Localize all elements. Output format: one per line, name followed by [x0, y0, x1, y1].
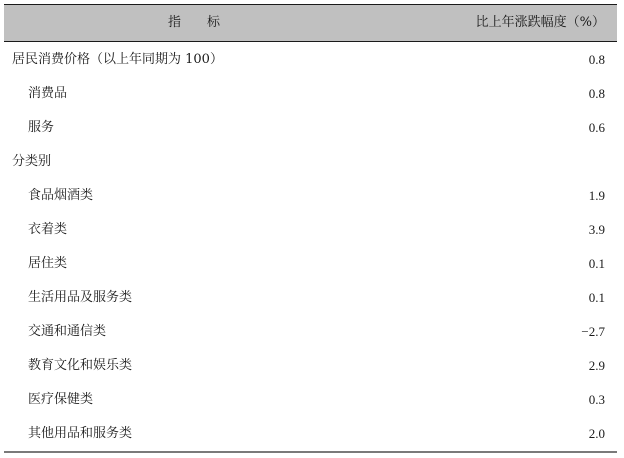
column-header-indicator-char2: 标 [207, 15, 220, 30]
table-row: 其他用品和服务类 2.0 [4, 417, 617, 451]
row-value: −2.7 [581, 315, 605, 349]
row-label: 服务 [28, 111, 54, 145]
table-row-section: 分类别 [4, 145, 617, 179]
table-row: 居民消费价格（以上年同期为 100） 0.8 [4, 43, 617, 77]
row-label: 消费品 [28, 77, 67, 111]
row-value: 0.1 [589, 281, 605, 315]
column-header-indicator-char1: 指 [168, 15, 181, 30]
row-label: 居住类 [28, 247, 67, 281]
table-header: 指标 比上年涨跌幅度（%） [4, 4, 617, 42]
row-value: 0.8 [589, 43, 605, 77]
row-label: 医疗保健类 [28, 383, 93, 417]
row-label: 生活用品及服务类 [28, 281, 132, 315]
row-value: 1.9 [589, 179, 605, 213]
table-row: 居住类 0.1 [4, 247, 617, 281]
row-label: 教育文化和娱乐类 [28, 349, 132, 383]
row-value: 3.9 [589, 213, 605, 247]
row-value: 0.1 [589, 247, 605, 281]
table-bottom-rule [4, 451, 617, 453]
row-value: 2.9 [589, 349, 605, 383]
row-label: 食品烟酒类 [28, 179, 93, 213]
column-header-indicator: 指标 [4, 5, 384, 41]
price-change-table: 指标 比上年涨跌幅度（%） 居民消费价格（以上年同期为 100） 0.8 消费品… [4, 4, 617, 451]
table-body: 居民消费价格（以上年同期为 100） 0.8 消费品 0.8 服务 0.6 分类… [4, 43, 617, 451]
row-value: 0.8 [589, 77, 605, 111]
table-row: 医疗保健类 0.3 [4, 383, 617, 417]
table-row: 教育文化和娱乐类 2.9 [4, 349, 617, 383]
row-label: 其他用品和服务类 [28, 417, 132, 451]
table-row: 消费品 0.8 [4, 77, 617, 111]
row-value: 2.0 [589, 417, 605, 451]
row-value: 0.6 [589, 111, 605, 145]
table-row: 交通和通信类 −2.7 [4, 315, 617, 349]
row-label: 居民消费价格（以上年同期为 100） [12, 43, 223, 77]
row-label: 衣着类 [28, 213, 67, 247]
table-row: 衣着类 3.9 [4, 213, 617, 247]
column-header-change: 比上年涨跌幅度（%） [476, 5, 605, 41]
row-value: 0.3 [589, 383, 605, 417]
table-row: 服务 0.6 [4, 111, 617, 145]
table-row: 食品烟酒类 1.9 [4, 179, 617, 213]
row-label: 交通和通信类 [28, 315, 106, 349]
row-label: 分类别 [12, 145, 51, 179]
table-row: 生活用品及服务类 0.1 [4, 281, 617, 315]
